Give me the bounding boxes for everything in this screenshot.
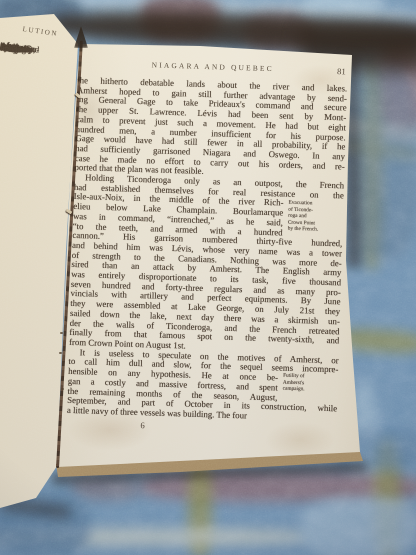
margin-sidenote: Evacuationof Ticonde-roga andCrown Point… — [288, 200, 344, 234]
body-text: the hitherto debatable lands about the r… — [66, 76, 347, 436]
photo-open-book-on-blanket: LUTION e fort stoodo Lake On-n entirelyg… — [0, 0, 416, 555]
ink-speck — [61, 388, 64, 390]
ink-speck — [59, 352, 62, 354]
left-page-text-column: LUTION e fort stoodo Lake On-n entirelyg… — [0, 30, 62, 45]
right-page-text-block: NIAGARA AND QUEBEC 81 the hitherto debat… — [66, 58, 347, 436]
margin-sidenote: Futility ofAmherst'scampaign. — [283, 373, 339, 394]
left-running-head-fragment: LUTION — [0, 22, 59, 38]
paragraph: the hitherto debatable lands about the r… — [74, 76, 347, 181]
ink-speck — [60, 332, 63, 334]
page-number: 81 — [337, 66, 346, 76]
running-head-title: NIAGARA AND QUEBEC — [78, 58, 348, 75]
